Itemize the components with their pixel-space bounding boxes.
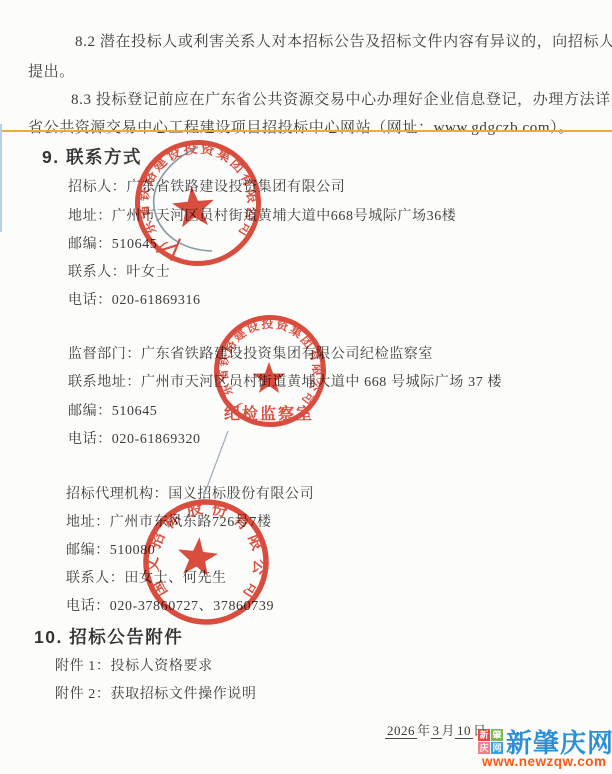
paragraph-8-3-line1: 8.3 投标登记前应在广东省公共资源交易中心办理好企业信息登记，办理方法详见广东 xyxy=(71,88,612,109)
logo-square-4: 网 xyxy=(491,742,503,754)
site-url: www.newzqw.com xyxy=(482,754,607,769)
left-edge-artifact xyxy=(0,124,2,232)
attachment-2-line: 附件 2：获取招标文件操作说明 xyxy=(55,683,257,703)
seal-star-icon xyxy=(176,535,220,577)
svg-text:国义招标股份有限公司: 国义招标股份有限公司 xyxy=(139,492,275,612)
date-year: 2026 xyxy=(385,723,417,739)
logo-square-2: 肇 xyxy=(491,729,503,741)
seal-star-icon xyxy=(253,362,286,393)
tenderer-company-seal: 广东省铁路建设投资集团有限公司 xyxy=(128,133,269,274)
date-year-unit: 年 xyxy=(417,723,431,738)
logo-square-3: 庆 xyxy=(478,742,490,754)
paragraph-8-3-line2: 省公共资源交易中心工程建设项目招投标中心网站（网址：www.gdgczb.com… xyxy=(28,116,574,137)
date-month: 3 xyxy=(431,723,442,739)
supervisor-phone-line: 电话：020-61869320 xyxy=(68,428,201,448)
section-10-title: 10. 招标公告附件 xyxy=(34,624,183,649)
agency-company-seal: 国义招标股份有限公司 xyxy=(135,491,278,634)
document-date: 2026年3月10日 xyxy=(385,720,487,739)
date-day: 10 xyxy=(455,723,473,739)
seal-bottom-text: 纪检监察室 xyxy=(224,404,314,423)
orange-divider-line xyxy=(0,130,612,132)
discipline-office-seal: 广东省铁路建设投资集团有限公司 纪检监察室 xyxy=(212,313,328,429)
logo-square-1: 新 xyxy=(478,729,490,741)
date-month-unit: 月 xyxy=(442,723,456,738)
tenderer-phone-line: 电话：020-61869316 xyxy=(68,289,201,309)
supervisor-zip-line: 邮编：510645 xyxy=(68,400,157,420)
seal-star-icon xyxy=(171,185,216,228)
seal-arc-text: 国义招标股份有限公司 xyxy=(139,492,275,612)
site-logo: 新 肇 庆 网 xyxy=(478,729,504,755)
attachment-1-line: 附件 1：投标人资格要求 xyxy=(55,655,213,675)
paragraph-8-2-line1: 8.2 潜在投标人或利害关系人对本招标公告及招标文件内容有异议的，向招标人书面 xyxy=(75,30,612,51)
paragraph-8-2-line2: 提出。 xyxy=(28,60,75,81)
